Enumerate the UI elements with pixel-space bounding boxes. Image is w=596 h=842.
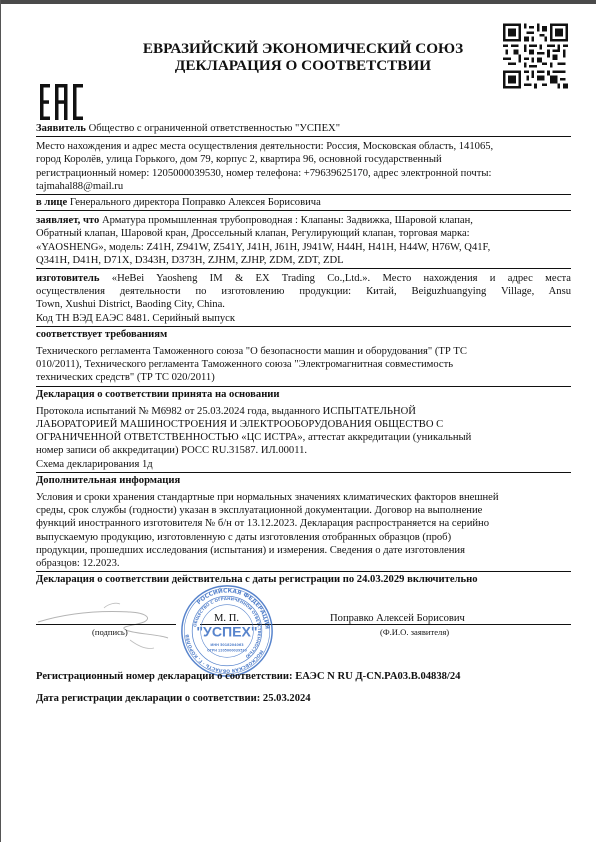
additional-section: Условия и сроки хранения стандартные при…: [36, 488, 571, 572]
product-line: Арматура промышленная трубопроводная : К…: [102, 215, 473, 226]
stamp-center-text: "УСПЕХ": [196, 624, 257, 640]
declares-label: заявляет, что: [36, 215, 99, 226]
additional-line: функций иностранного изготовителя № б/н …: [36, 517, 571, 530]
qr-code-icon[interactable]: [503, 22, 568, 90]
requirements-section: Технического регламента Таможенного союз…: [36, 342, 571, 387]
applicant-value: Общество с ограниченной ответственностью…: [89, 123, 340, 134]
registration-number-value: ЕАЭС N RU Д-CN.PA03.B.04838/24: [295, 671, 460, 682]
basis-section: Протокола испытаний № M6982 от 25.03.202…: [36, 402, 571, 473]
address-email: tajmahal88@mail.ru: [36, 180, 571, 193]
basis-line: ЛАБОРАТОРИЕЙ МАШИНОСТРОЕНИЯ И ЭЛЕКТРООБО…: [36, 418, 571, 431]
requirement-line: Технического регламента Таможенного союз…: [36, 345, 571, 358]
basis-line: Протокола испытаний № M6982 от 25.03.202…: [36, 405, 571, 418]
company-stamp: РОССИЙСКАЯ ФЕДЕРАЦИЯ МОСКОВСКАЯ ОБЛАСТЬ …: [180, 584, 274, 678]
address-section: Место нахождения и адрес места осуществл…: [36, 137, 571, 195]
hs-code: Код ТН ВЭД ЕАЭС 8481. Серийный выпуск: [36, 312, 571, 325]
manufacturer-address: Town, Xushui District, Baoding City, Chi…: [36, 298, 571, 311]
stamp-inn: ИНН 5018204063: [210, 643, 244, 647]
viewer-left-border: [0, 0, 1, 842]
signature-scribble: [34, 592, 184, 652]
validity-statement: Декларация о соответствии действительна …: [36, 573, 571, 586]
registration-number-label: Регистрационный номер декларации о соотв…: [36, 671, 293, 682]
registration-date: Дата регистрации декларации о соответств…: [36, 692, 311, 705]
registration-date-value: 25.03.2024: [263, 693, 311, 704]
viewer-top-border: [0, 0, 596, 4]
product-models: Q341H, D41H, D71X, D343H, D373H, ZJHM, Z…: [36, 254, 571, 267]
address-line: город Королёв, улица Горького, дом 79, к…: [36, 153, 571, 166]
additional-label: Дополнительная информация: [36, 473, 571, 488]
address-line: Место нахождения и адрес места осуществл…: [36, 140, 571, 153]
signature-caption: (подпись): [92, 626, 128, 639]
registration-date-label: Дата регистрации декларации о соответств…: [36, 693, 260, 704]
requirement-line: 010/2011), Технического регламента Тамож…: [36, 358, 571, 371]
product-line: Обратный клапан, Шаровой кран, Дроссельн…: [36, 227, 571, 240]
manufacturer-name: «HeBei Yaosheng IM & EX Trading Co.,Ltd.…: [112, 273, 571, 284]
basis-line: ОГРАНИЧЕННОЙ ОТВЕТСТВЕННОСТЬЮ «ЦС ИСТРА»…: [36, 431, 571, 444]
requirement-line: технических средств" (ТР ТС 020/2011): [36, 371, 571, 384]
declaration-scheme: Схема декларирования 1д: [36, 458, 571, 471]
additional-line: продукции, прошедших исследования (испыт…: [36, 544, 571, 557]
additional-line: Условия и сроки хранения стандартные при…: [36, 491, 571, 504]
declaration-body: Заявитель Общество с ограниченной ответс…: [36, 121, 571, 572]
applicant-label: Заявитель: [36, 123, 86, 134]
eac-mark-icon: [40, 84, 85, 120]
stamp-ogrn: ОГРН 1205000039530: [207, 649, 247, 653]
represented-by-value: Генерального директора Поправко Алексея …: [70, 197, 321, 208]
manufacturer-label: изготовитель: [36, 273, 99, 284]
basis-label: Декларация о соответствии принята на осн…: [36, 387, 571, 402]
product-models: «YAOSHENG», модель: Z41H, Z941W, Z541Y, …: [36, 241, 571, 254]
basis-line: номер записи об аккредитации) РОСС RU.31…: [36, 444, 571, 457]
fio-caption: (Ф.И.О. заявителя): [380, 626, 449, 639]
manufacturer-address: осуществления деятельности по изготовлен…: [36, 285, 571, 298]
address-line: регистрационный номер: 1205000039530, но…: [36, 167, 571, 180]
additional-line: среды, срок службы (годности) указан в э…: [36, 504, 571, 517]
applicant-full-name: Поправко Алексей Борисович: [330, 612, 465, 625]
declares-section: заявляет, что Арматура промышленная труб…: [36, 211, 571, 269]
applicant-section: Заявитель Общество с ограниченной ответс…: [36, 121, 571, 137]
represented-by-section: в лице Генерального директора Поправко А…: [36, 195, 571, 211]
additional-line: образцов: 12.2023.: [36, 557, 571, 570]
manufacturer-section: изготовитель «HeBei Yaosheng IM & EX Tra…: [36, 269, 571, 327]
represented-by-label: в лице: [36, 197, 67, 208]
requirements-label: соответствует требованиям: [36, 327, 571, 342]
additional-line: выпускаемую продукцию, изготовленную с д…: [36, 531, 571, 544]
registration-number: Регистрационный номер декларации о соотв…: [36, 670, 460, 683]
